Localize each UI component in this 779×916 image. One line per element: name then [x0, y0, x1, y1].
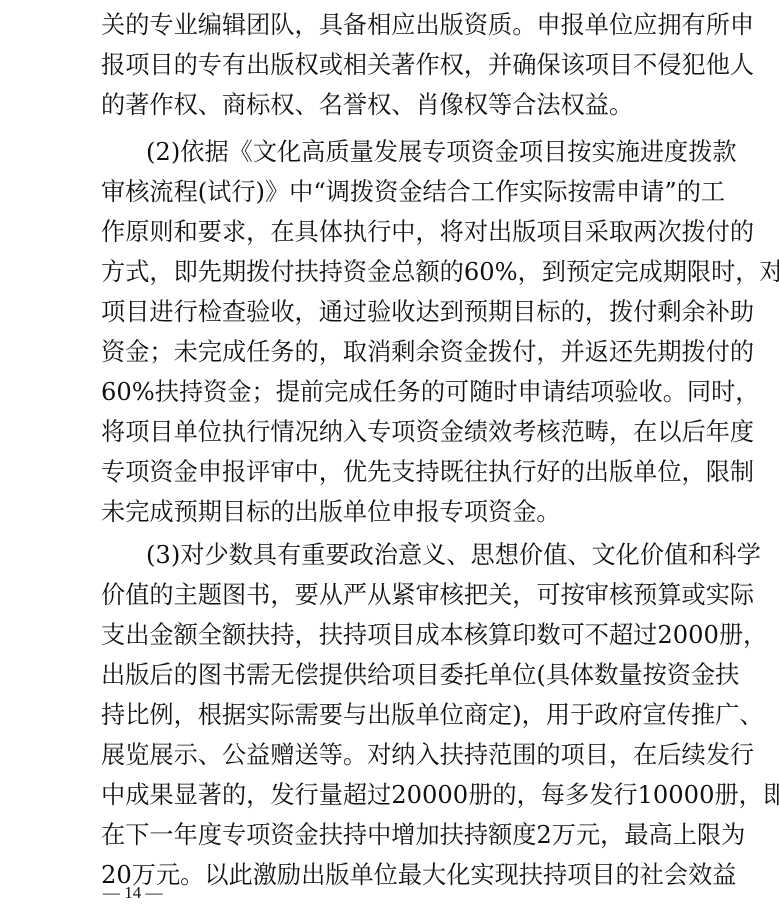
text-line: 在下一年度专项资金扶持中增加扶持额度2万元，最高上限为: [101, 815, 691, 855]
document-page: 关的专业编辑团队，具备相应出版资质。申报单位应拥有所申 报项目的专有出版权或相关…: [0, 0, 779, 916]
text-line: 未完成预期目标的出版单位申报专项资金。: [101, 492, 691, 532]
text-line: 审核流程(试行)》中“调拨资金结合工作实际按需申请”的工: [101, 172, 691, 212]
text-line: 支出金额全额扶持，扶持项目成本核算印数可不超过2000册，: [101, 615, 691, 655]
text-line: 关的专业编辑团队，具备相应出版资质。申报单位应拥有所申: [101, 5, 691, 45]
text-line: 将项目单位执行情况纳入专项资金绩效考核范畴，在以后年度: [101, 412, 691, 452]
text-line: 报项目的专有出版权或相关著作权，并确保该项目不侵犯他人: [101, 45, 691, 85]
page-number: — 14 —: [103, 878, 163, 908]
text-line: 作原则和要求，在具体执行中，将对出版项目采取两次拨付的: [101, 212, 691, 252]
text-line: 持比例，根据实际需要与出版单位商定)，用于政府宣传推广、: [101, 695, 691, 735]
text-line: (2)依据《文化高质量发展专项资金项目按实施进度拨款: [146, 132, 691, 172]
text-line: 项目进行检查验收，通过验收达到预期目标的，拨付剩余补助: [101, 292, 691, 332]
text-line: 展览展示、公益赠送等。对纳入扶持范围的项目，在后续发行: [101, 735, 691, 775]
text-line: (3)对少数具有重要政治意义、思想价值、文化价值和科学: [146, 535, 691, 575]
text-line: 方式，即先期拨付扶持资金总额的60%，到预定完成期限时，对: [101, 252, 691, 292]
text-line: 出版后的图书需无偿提供给项目委托单位(具体数量按资金扶: [101, 655, 691, 695]
text-line: 专项资金申报评审中，优先支持既往执行好的出版单位，限制: [101, 452, 691, 492]
text-line: 价值的主题图书，要从严从紧审核把关，可按审核预算或实际: [101, 575, 691, 615]
text-line: 资金；未完成任务的，取消剩余资金拨付，并返还先期拨付的: [101, 332, 691, 372]
text-line: 中成果显著的，发行量超过20000册的，每多发行10000册，即: [101, 775, 691, 815]
text-line: 60%扶持资金；提前完成任务的可随时申请结项验收。同时，: [101, 372, 691, 412]
text-line: 20万元。以此激励出版单位最大化实现扶持项目的社会效益: [101, 855, 691, 895]
text-line: 的著作权、商标权、名誉权、肖像权等合法权益。: [101, 85, 691, 125]
